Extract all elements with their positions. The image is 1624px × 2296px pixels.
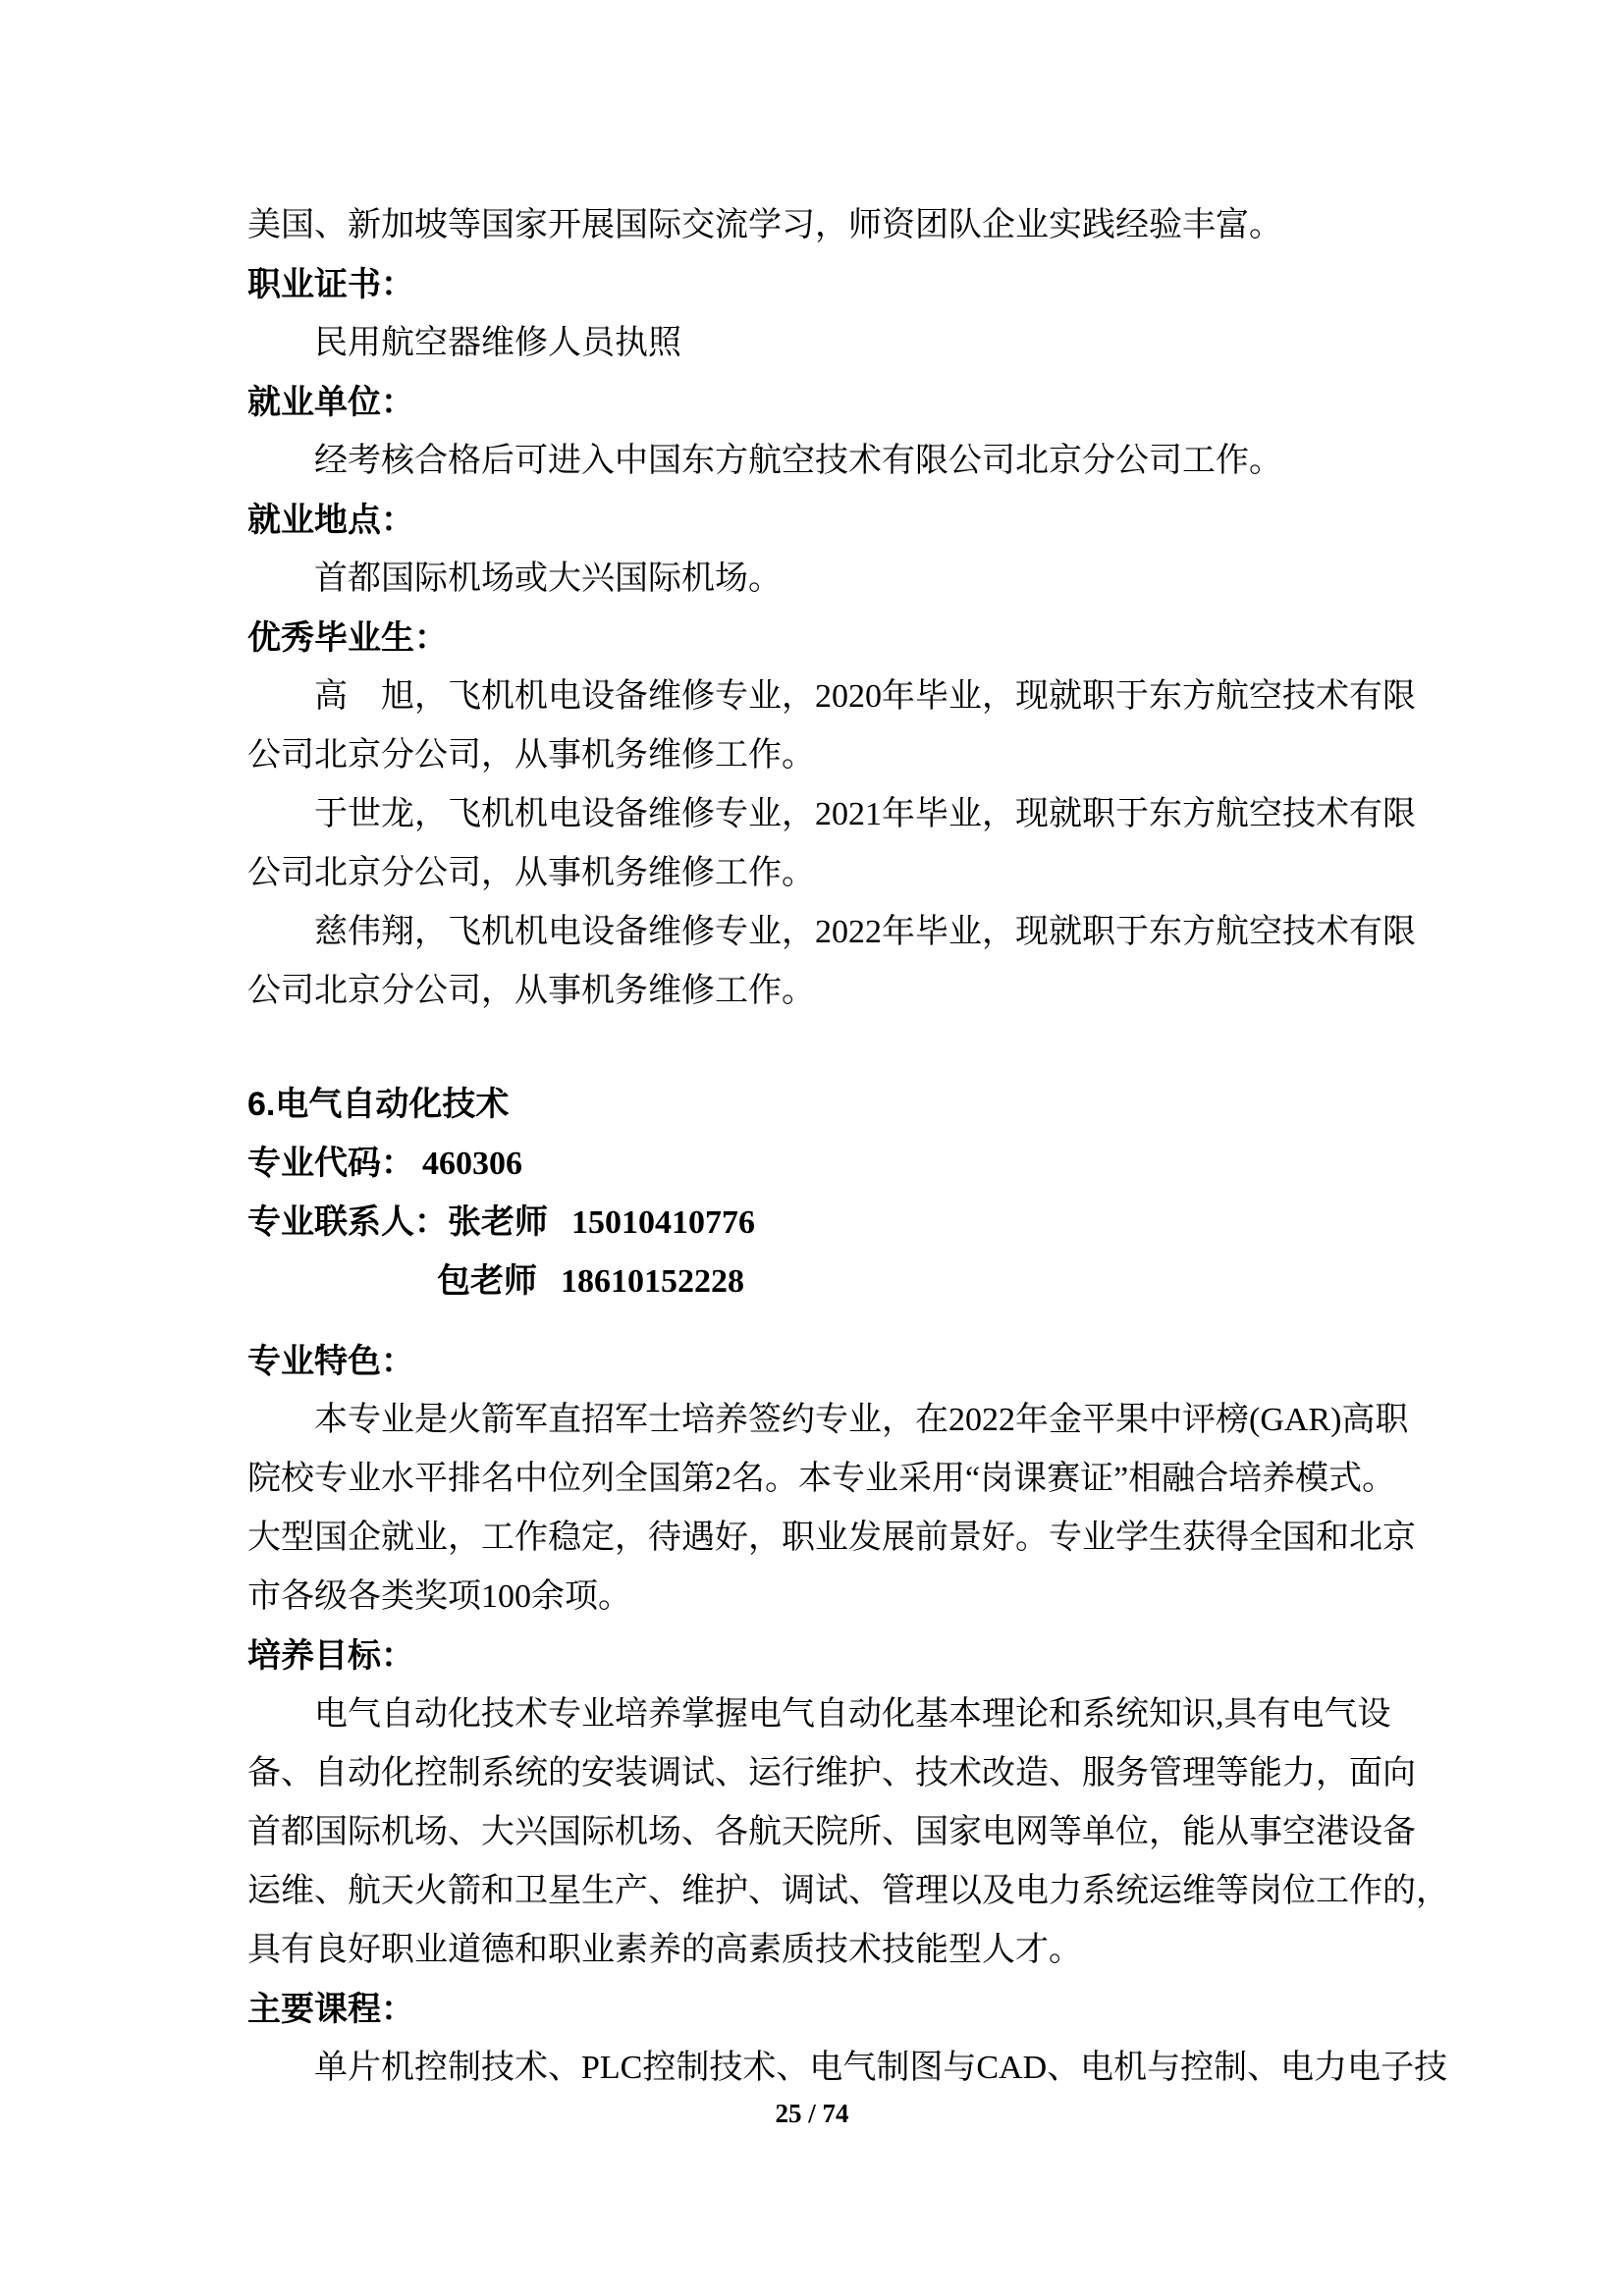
features-paragraph-line: 本专业是火箭军直招军士培养签约专业，在2022年金平果中评榜(GAR)高职: [247, 1391, 1455, 1450]
graduate-entry-line: 公司北京分公司，从事机务维修工作。: [247, 844, 1455, 903]
major-code-line: 专业代码：460306: [247, 1134, 1455, 1193]
paragraph-gap: [247, 1310, 1455, 1332]
heading-outstanding-graduates: 优秀毕业生：: [247, 609, 1455, 667]
section-title-electrical-automation: 6.电气自动化技术: [247, 1075, 1455, 1134]
features-paragraph-line: 市各级各类奖项100余项。: [247, 1568, 1455, 1627]
features-paragraph-line: 院校专业水平排名中位列全国第2名。本专业采用“岗课赛证”相融合培养模式。: [247, 1450, 1455, 1509]
work-location-body: 首都国际机场或大兴国际机场。: [247, 550, 1455, 609]
document-page: 美国、新加坡等国家开展国际交流学习，师资团队企业实践经验丰富。 职业证书： 民用…: [0, 0, 1624, 2296]
objectives-paragraph-line: 备、自动化控制系统的安装调试、运行维护、技术改造、服务管理等能力，面向: [247, 1744, 1455, 1803]
features-paragraph-line: 大型国企就业，工作稳定，待遇好，职业发展前景好。专业学生获得全国和北京: [247, 1509, 1455, 1568]
objectives-paragraph-line: 运维、航天火箭和卫星生产、维护、调试、管理以及电力系统运维等岗位工作的，: [247, 1862, 1455, 1921]
contact-person-phone: 18610152228: [561, 1263, 744, 1300]
contact-person-name: 包老师: [437, 1262, 537, 1300]
heading-work-location: 就业地点：: [247, 491, 1455, 550]
graduate-entry-line: 慈伟翔，飞机机电设备维修专业，2022年毕业，现就职于东方航空技术有限: [247, 903, 1455, 962]
contact-line: 包老师18610152228: [247, 1252, 1455, 1310]
employer-body: 经考核合格后可进入中国东方航空技术有限公司北京分公司工作。: [247, 432, 1455, 491]
contact-line: 专业联系人：张老师15010410776: [247, 1193, 1455, 1252]
courses-paragraph-line: 单片机控制技术、PLC控制技术、电气制图与CAD、电机与控制、电力电子技: [247, 2039, 1455, 2098]
page-number: 25 / 74: [0, 2094, 1624, 2133]
section-gap: [247, 1021, 1455, 1075]
certificates-body: 民用航空器维修人员执照: [247, 314, 1455, 373]
graduate-entry-line: 公司北京分公司，从事机务维修工作。: [247, 726, 1455, 785]
major-code-label: 专业代码：: [247, 1145, 414, 1182]
heading-main-courses: 主要课程：: [247, 1980, 1455, 2039]
major-code-value: 460306: [422, 1146, 522, 1182]
heading-certificates: 职业证书：: [247, 255, 1455, 314]
objectives-paragraph-line: 首都国际机场、大兴国际机场、各航天院所、国家电网等单位，能从事空港设备: [247, 1803, 1455, 1862]
document-body: 美国、新加坡等国家开展国际交流学习，师资团队企业实践经验丰富。 职业证书： 民用…: [247, 196, 1455, 2098]
contact-person-name: 张老师: [448, 1203, 548, 1241]
objectives-paragraph-line: 电气自动化技术专业培养掌握电气自动化基本理论和系统知识,具有电气设: [247, 1685, 1455, 1744]
heading-employer: 就业单位：: [247, 373, 1455, 432]
contact-label: 专业联系人：: [247, 1203, 448, 1241]
heading-major-features: 专业特色：: [247, 1332, 1455, 1391]
intro-continuation-line: 美国、新加坡等国家开展国际交流学习，师资团队企业实践经验丰富。: [247, 196, 1455, 255]
contact-person-phone: 15010410776: [571, 1204, 755, 1241]
heading-training-objectives: 培养目标：: [247, 1627, 1455, 1685]
objectives-paragraph-line: 具有良好职业道德和职业素养的高素质技术技能型人才。: [247, 1921, 1455, 1980]
graduate-entry-line: 于世龙，飞机机电设备维修专业，2021年毕业，现就职于东方航空技术有限: [247, 785, 1455, 844]
graduate-entry-line: 公司北京分公司，从事机务维修工作。: [247, 962, 1455, 1021]
graduate-entry-line: 高 旭，飞机机电设备维修专业，2020年毕业，现就职于东方航空技术有限: [247, 667, 1455, 726]
